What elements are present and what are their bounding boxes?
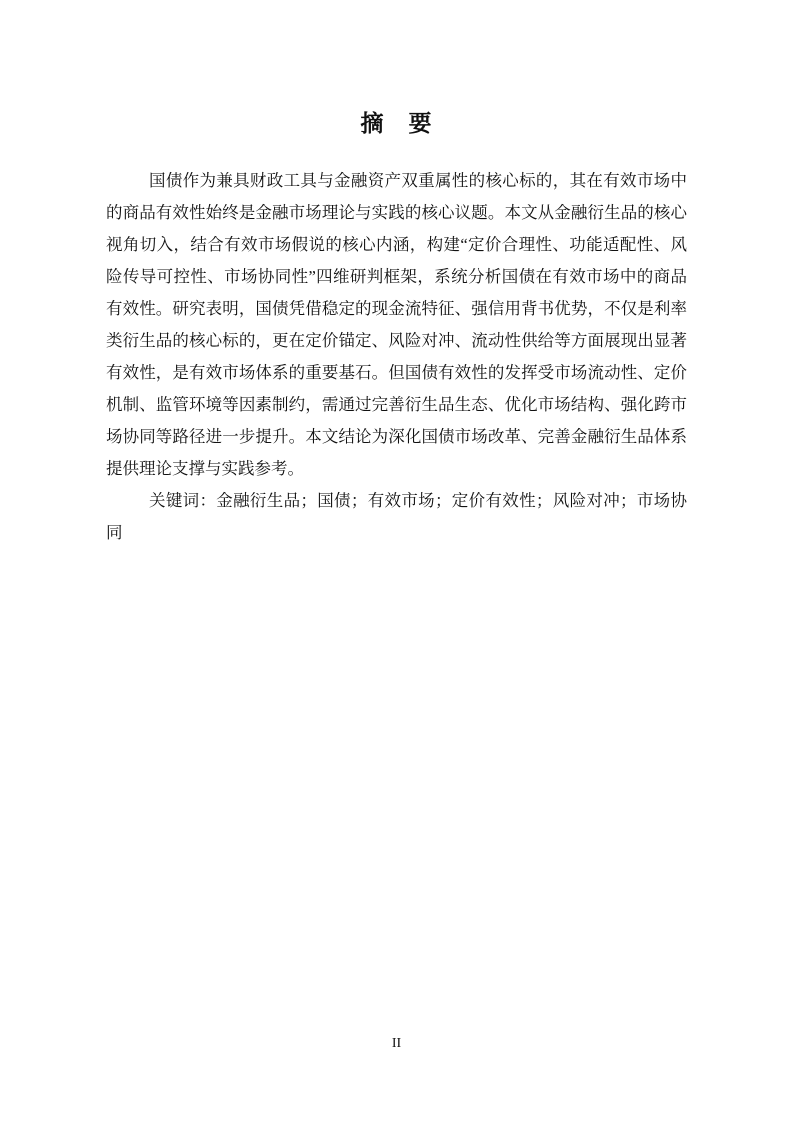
abstract-section: 国债作为兼具财政工具与金融资产双重属性的核心标的，其在有效市场中的商品有效性始终… <box>106 165 687 549</box>
abstract-paragraph: 国债作为兼具财政工具与金融资产双重属性的核心标的，其在有效市场中的商品有效性始终… <box>106 165 687 485</box>
abstract-page: 摘 要 国债作为兼具财政工具与金融资产双重属性的核心标的，其在有效市场中的商品有… <box>0 0 793 1122</box>
page-title: 摘 要 <box>0 108 793 138</box>
keywords-line: 关键词：金融衍生品；国债；有效市场；定价有效性；风险对冲；市场协同 <box>106 485 687 549</box>
page-number: II <box>0 1035 793 1053</box>
